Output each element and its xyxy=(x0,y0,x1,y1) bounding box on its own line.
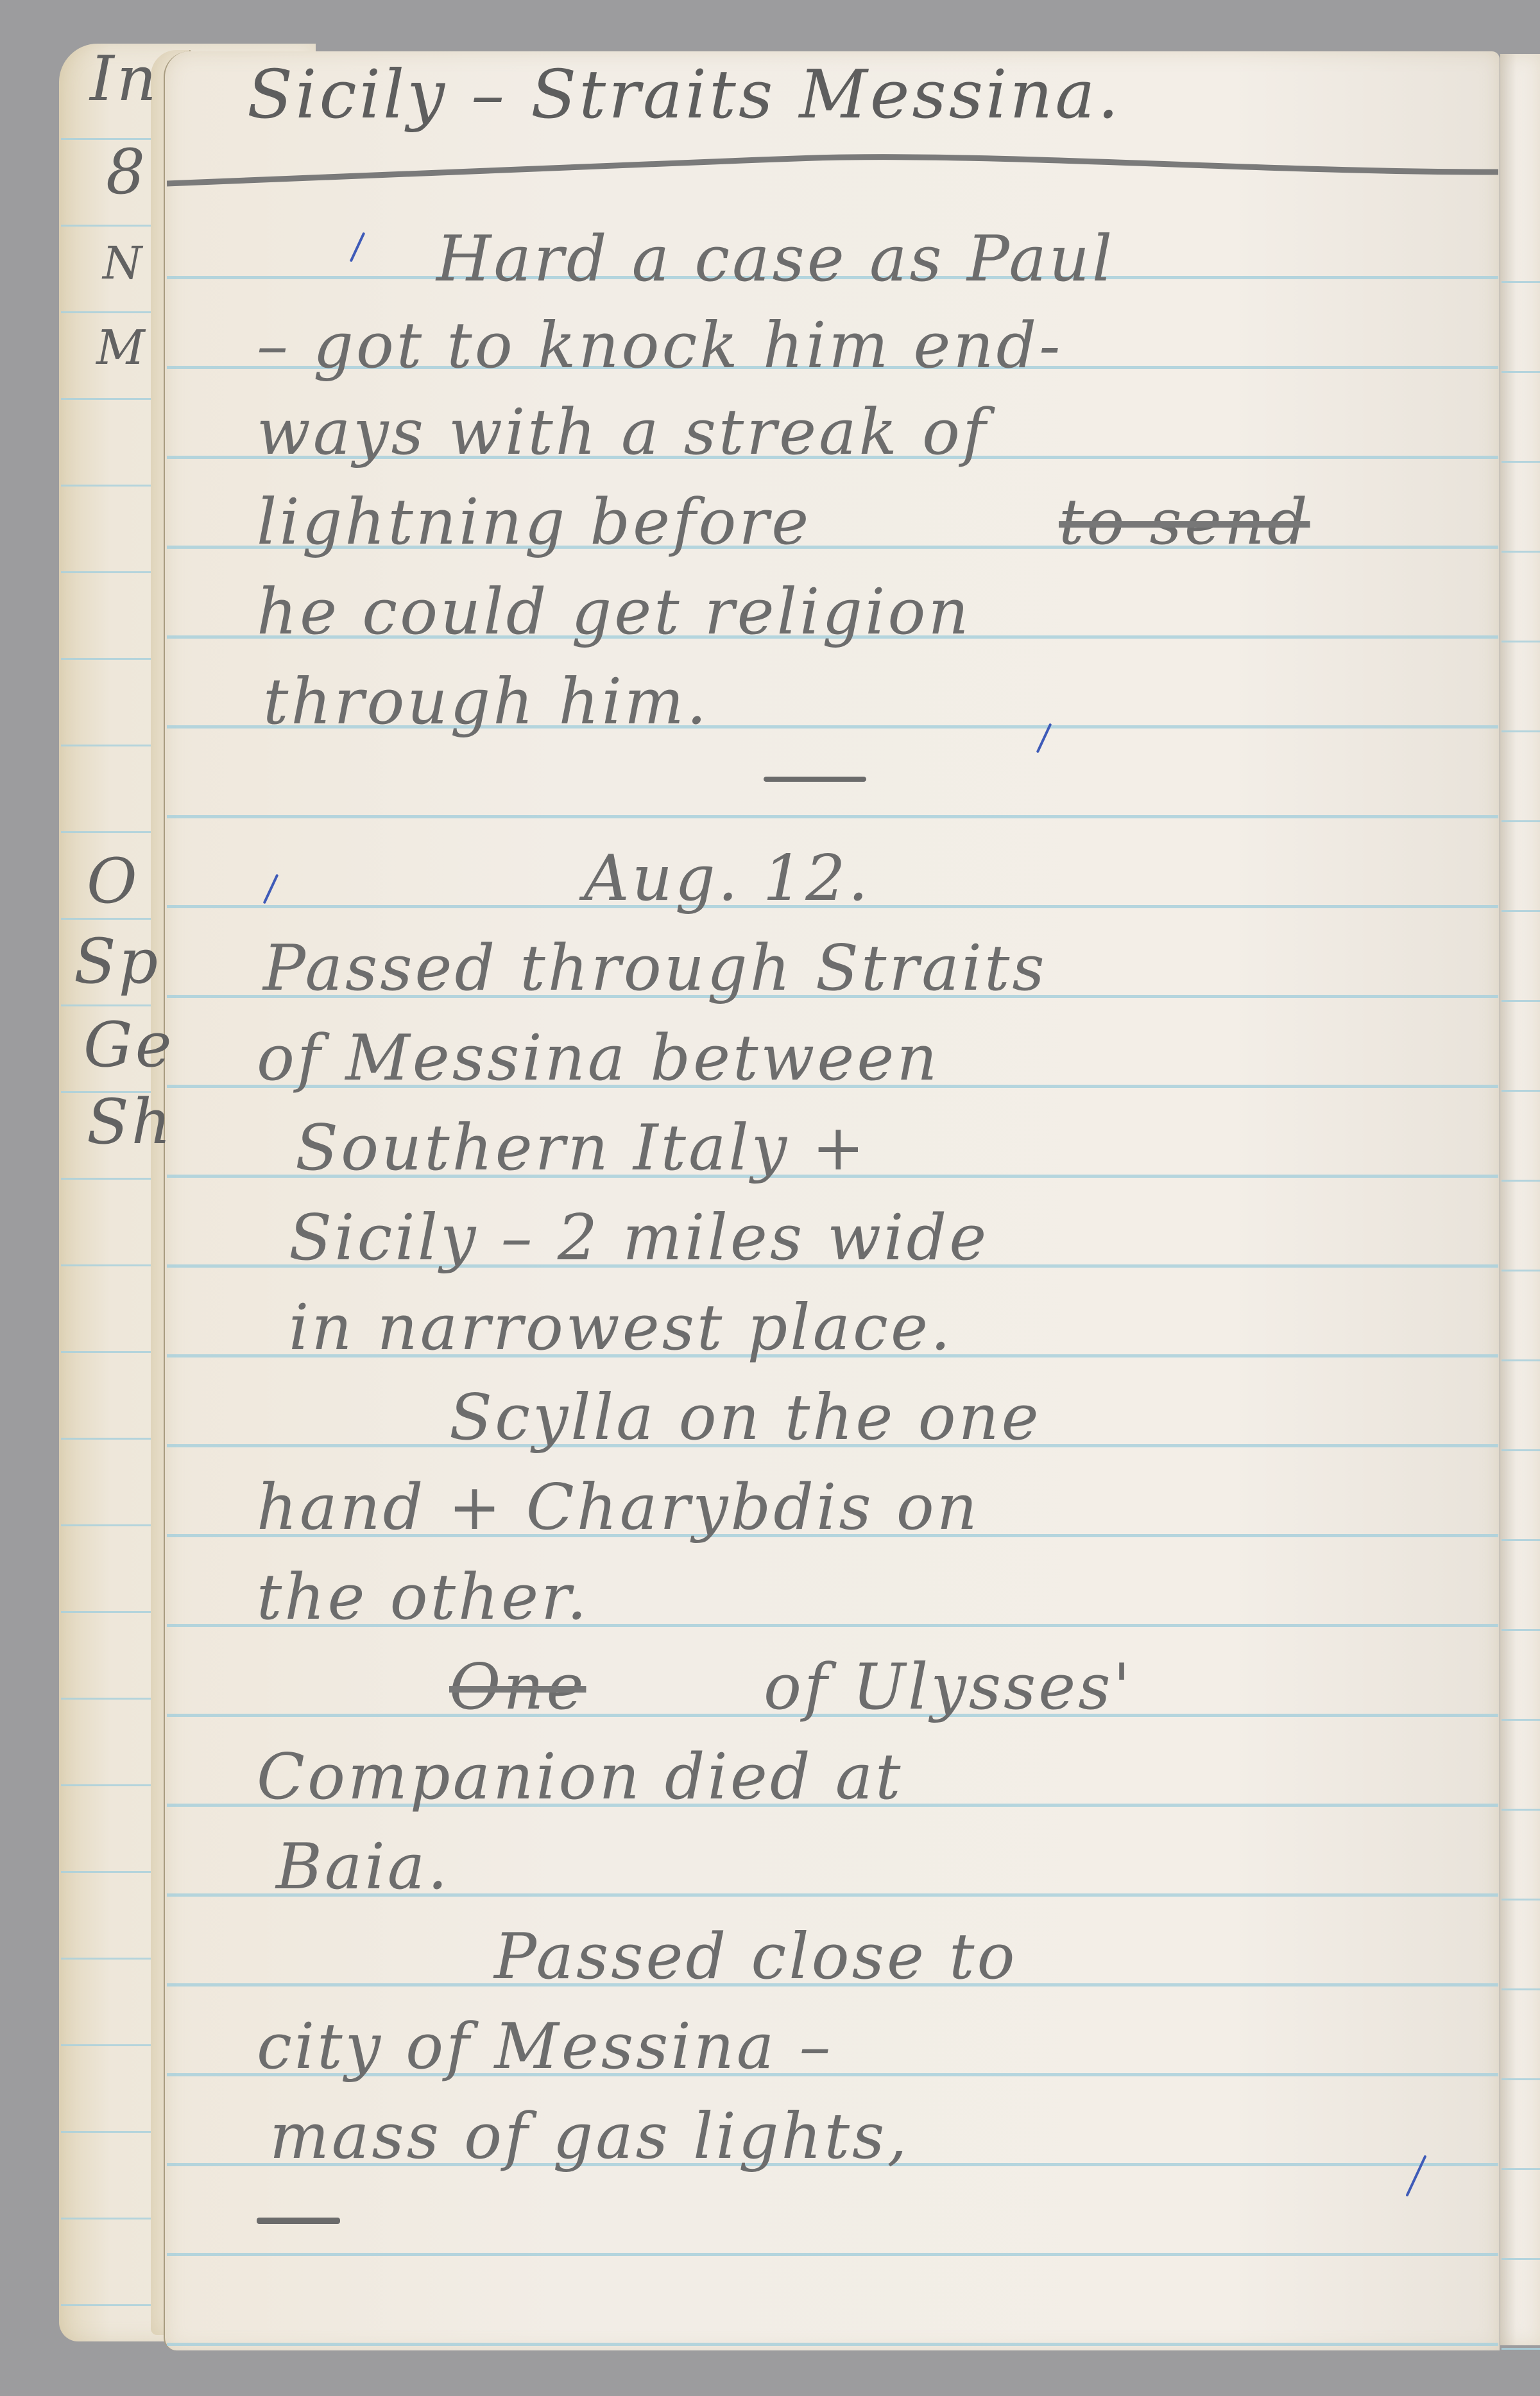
ruled-line xyxy=(61,1524,151,1526)
ruled-line xyxy=(1502,1719,1540,1721)
text-line: ways with a streak of xyxy=(257,401,988,464)
ruled-line xyxy=(61,918,151,920)
ruled-line xyxy=(61,1958,151,1960)
ruled-line xyxy=(167,815,1498,818)
heading-underline xyxy=(167,153,1498,191)
text-line: through him. xyxy=(263,671,709,734)
ruled-line xyxy=(1502,371,1540,373)
margin-fragment: Ge xyxy=(83,1014,175,1076)
margin-fragment: Sp xyxy=(74,931,160,992)
section-separator xyxy=(764,777,866,782)
ruled-line xyxy=(61,745,151,746)
date-heading: Aug. 12. xyxy=(584,847,871,910)
margin-fragment: Sh xyxy=(87,1091,174,1153)
ruled-line xyxy=(1502,1359,1540,1361)
ruled-line xyxy=(167,2343,1498,2346)
text-line: he could get religion xyxy=(257,581,971,644)
ruled-line xyxy=(1502,1899,1540,1900)
ruled-line xyxy=(1502,1000,1540,1002)
ruled-line xyxy=(1502,1988,1540,1990)
ruled-line xyxy=(61,1784,151,1786)
ruled-line xyxy=(1502,281,1540,283)
ruled-line xyxy=(1502,2258,1540,2260)
ruled-line xyxy=(61,398,151,400)
ruled-line xyxy=(1502,910,1540,912)
ruled-line xyxy=(1502,1629,1540,1631)
text-line: hand + Charybdis on xyxy=(257,1476,980,1539)
ruled-line xyxy=(61,1871,151,1873)
ruled-line xyxy=(61,658,151,660)
ruled-line xyxy=(1502,641,1540,642)
ruled-line xyxy=(61,571,151,573)
ruled-line xyxy=(1502,730,1540,732)
ruled-line xyxy=(61,2044,151,2046)
ruled-line xyxy=(61,485,151,487)
text-line: of Ulysses' xyxy=(764,1656,1133,1719)
ruled-line xyxy=(61,1004,151,1006)
text-line: in narrowest place. xyxy=(289,1297,953,1359)
margin-fragment: N xyxy=(103,241,144,286)
ruled-line xyxy=(1502,1270,1540,1271)
ruled-line xyxy=(1502,820,1540,822)
ruled-line xyxy=(61,225,151,227)
text-line: Scylla on the one xyxy=(449,1386,1041,1449)
ruled-line xyxy=(167,2253,1498,2256)
text-line: city of Messina – xyxy=(257,2015,834,2078)
margin-fragment: 8 xyxy=(106,141,148,203)
margin-fragment: O xyxy=(87,850,140,912)
ruled-line xyxy=(61,311,151,313)
ruled-line xyxy=(61,1698,151,1700)
text-line: the other. xyxy=(257,1566,589,1629)
text-line: Hard a case as Paul xyxy=(436,228,1115,291)
ruled-line xyxy=(1502,1809,1540,1811)
ruled-line xyxy=(1502,2168,1540,2170)
text-line: Sicily – 2 miles wide xyxy=(289,1207,989,1270)
ruled-line xyxy=(61,2304,151,2306)
text-line: Passed through Straits xyxy=(263,937,1047,1000)
text-line: mass of gas lights, xyxy=(269,2105,909,2168)
ruled-line xyxy=(61,831,151,833)
ruled-line xyxy=(1502,1539,1540,1541)
ruled-line xyxy=(1502,2348,1540,2350)
text-line: Southern Italy + xyxy=(295,1117,867,1180)
end-dash xyxy=(257,2218,340,2224)
text-line: Baia. xyxy=(276,1836,450,1899)
ruled-line xyxy=(61,1611,151,1613)
ruled-line xyxy=(1502,461,1540,463)
text-line: Companion died at xyxy=(257,1746,903,1809)
ruled-line xyxy=(1502,1449,1540,1451)
ruled-line xyxy=(61,1178,151,1180)
ruled-line xyxy=(1502,1090,1540,1092)
text-line: – got to knock him end- xyxy=(257,315,1063,377)
text-line: of Messina between xyxy=(257,1027,940,1090)
margin-fragment: M xyxy=(96,324,148,372)
struck-out-text: One xyxy=(449,1656,586,1719)
ruled-line xyxy=(1502,551,1540,553)
page-heading: Sicily – Straits Messina. xyxy=(247,61,1121,128)
ruled-line xyxy=(61,2218,151,2219)
ruled-line xyxy=(61,2131,151,2133)
ruled-line xyxy=(1502,2078,1540,2080)
ruled-line xyxy=(61,1351,151,1353)
struck-out-text: to send xyxy=(1059,491,1310,554)
ruled-line xyxy=(61,1264,151,1266)
margin-fragment: In xyxy=(90,48,159,110)
ruled-line xyxy=(61,1438,151,1440)
ruled-line xyxy=(1502,1180,1540,1182)
facing-page-edge xyxy=(1500,54,1540,2345)
text-line: Passed close to xyxy=(494,1926,1017,1988)
text-line: lightning before xyxy=(257,491,811,554)
